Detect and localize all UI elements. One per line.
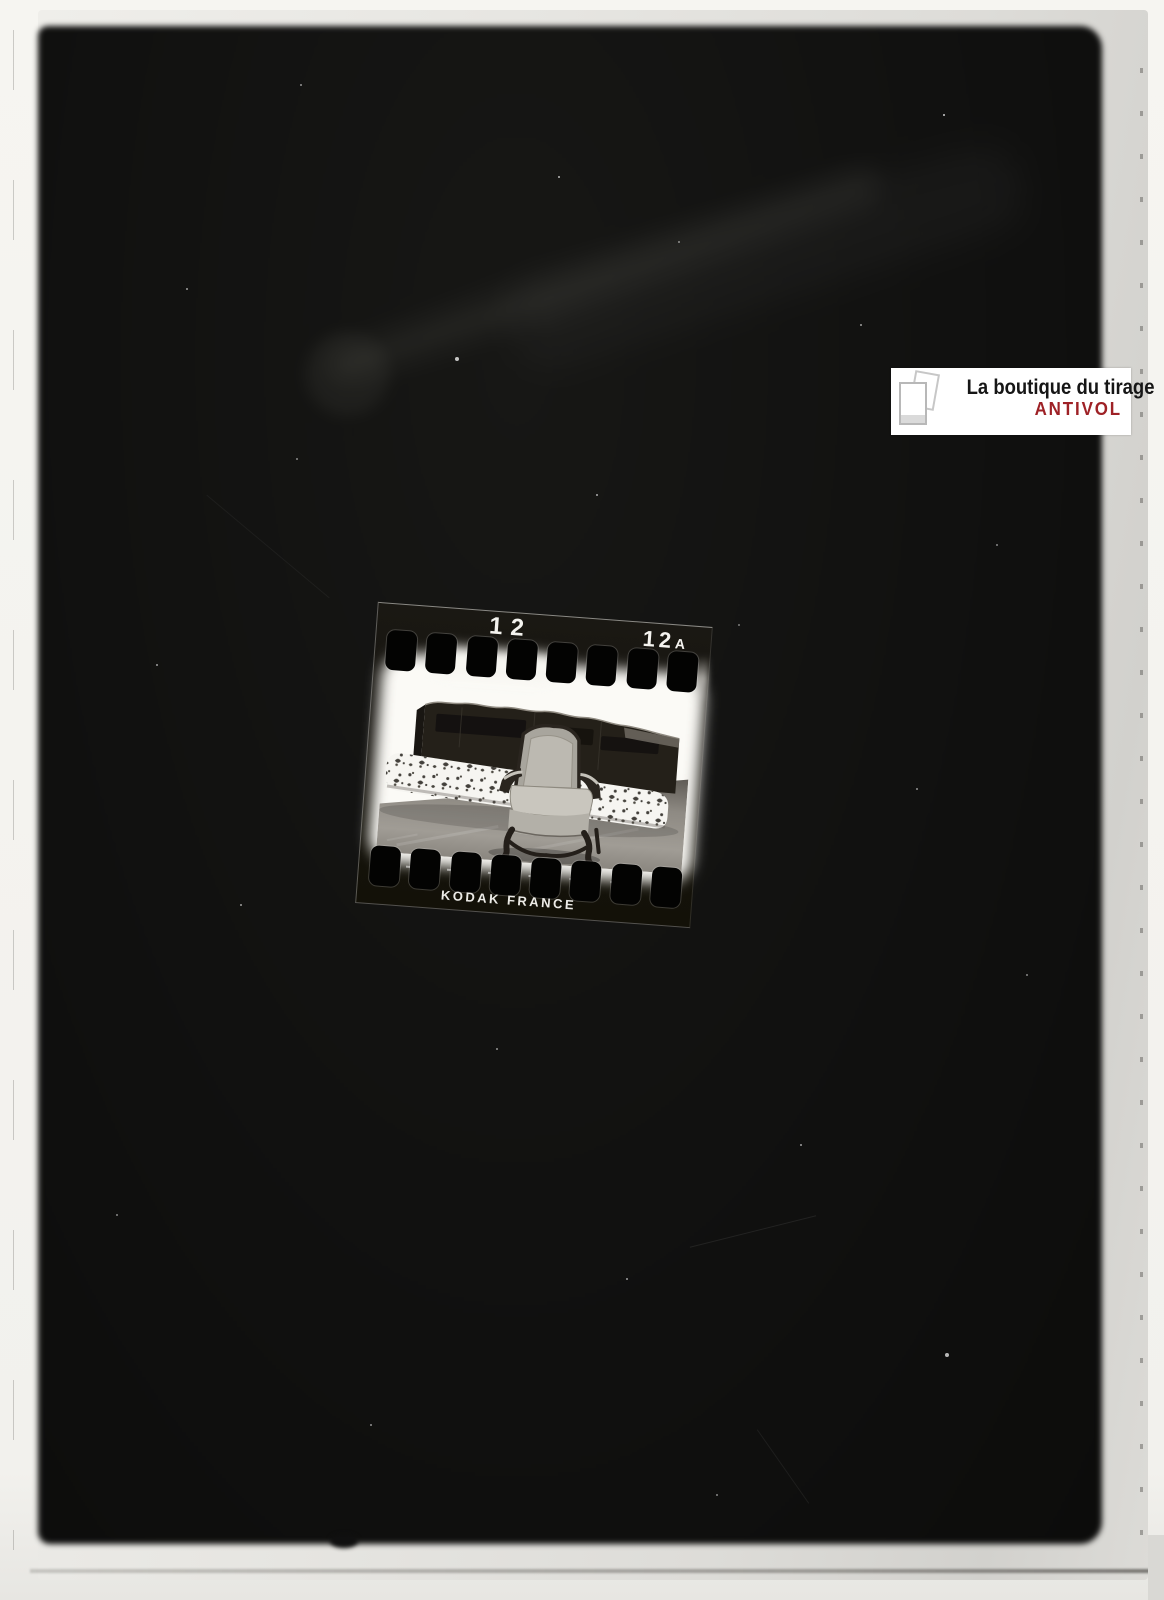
sprocket-hole (666, 651, 699, 693)
sprocket-hole (489, 854, 522, 896)
sprocket-hole (545, 642, 578, 684)
frame-number-label: 12 (488, 614, 532, 641)
watermark-text: La boutique du tirage ANTIVOL (941, 368, 1164, 435)
watermark: La boutique du tirage ANTIVOL (891, 368, 1131, 435)
frame-number-a-label: 12A (642, 628, 686, 653)
furniture-scene-image (376, 668, 695, 874)
sprocket-hole (529, 857, 562, 899)
logo-front-frame-band (901, 415, 925, 423)
photo-frame (376, 668, 695, 874)
sprocket-hole (409, 848, 442, 890)
plate-left-edge-hairline (13, 30, 14, 1550)
sprocket-hole (650, 866, 683, 908)
watermark-shop-name: La boutique du tirage (967, 376, 1155, 399)
sprocket-hole (569, 860, 602, 902)
film-contact-print: 12 12A KODAK FRANCE (355, 602, 713, 928)
scanner-background: 12 12A KODAK FRANCE La boutique du tirag… (0, 0, 1164, 1600)
sprocket-hole (626, 648, 659, 690)
sprocket-hole (425, 633, 458, 675)
frame-number-a-suffix: A (674, 635, 685, 652)
sprocket-hole (586, 645, 619, 687)
sprocket-hole (465, 636, 498, 678)
ghost-band-shape (508, 142, 1029, 371)
sprocket-hole (610, 863, 643, 905)
sprocket-hole (449, 851, 482, 893)
sprocket-hole (505, 639, 538, 681)
photo-frames-logo-icon (899, 372, 941, 428)
bottom-right-corner-shade (1148, 1535, 1164, 1600)
frame-number-a-digits: 12 (642, 626, 676, 653)
sprocket-hole (385, 630, 418, 672)
sprocket-hole (369, 845, 402, 887)
watermark-antitheft-label: ANTIVOL (1034, 400, 1121, 420)
ghost-knob-shape (305, 332, 389, 416)
